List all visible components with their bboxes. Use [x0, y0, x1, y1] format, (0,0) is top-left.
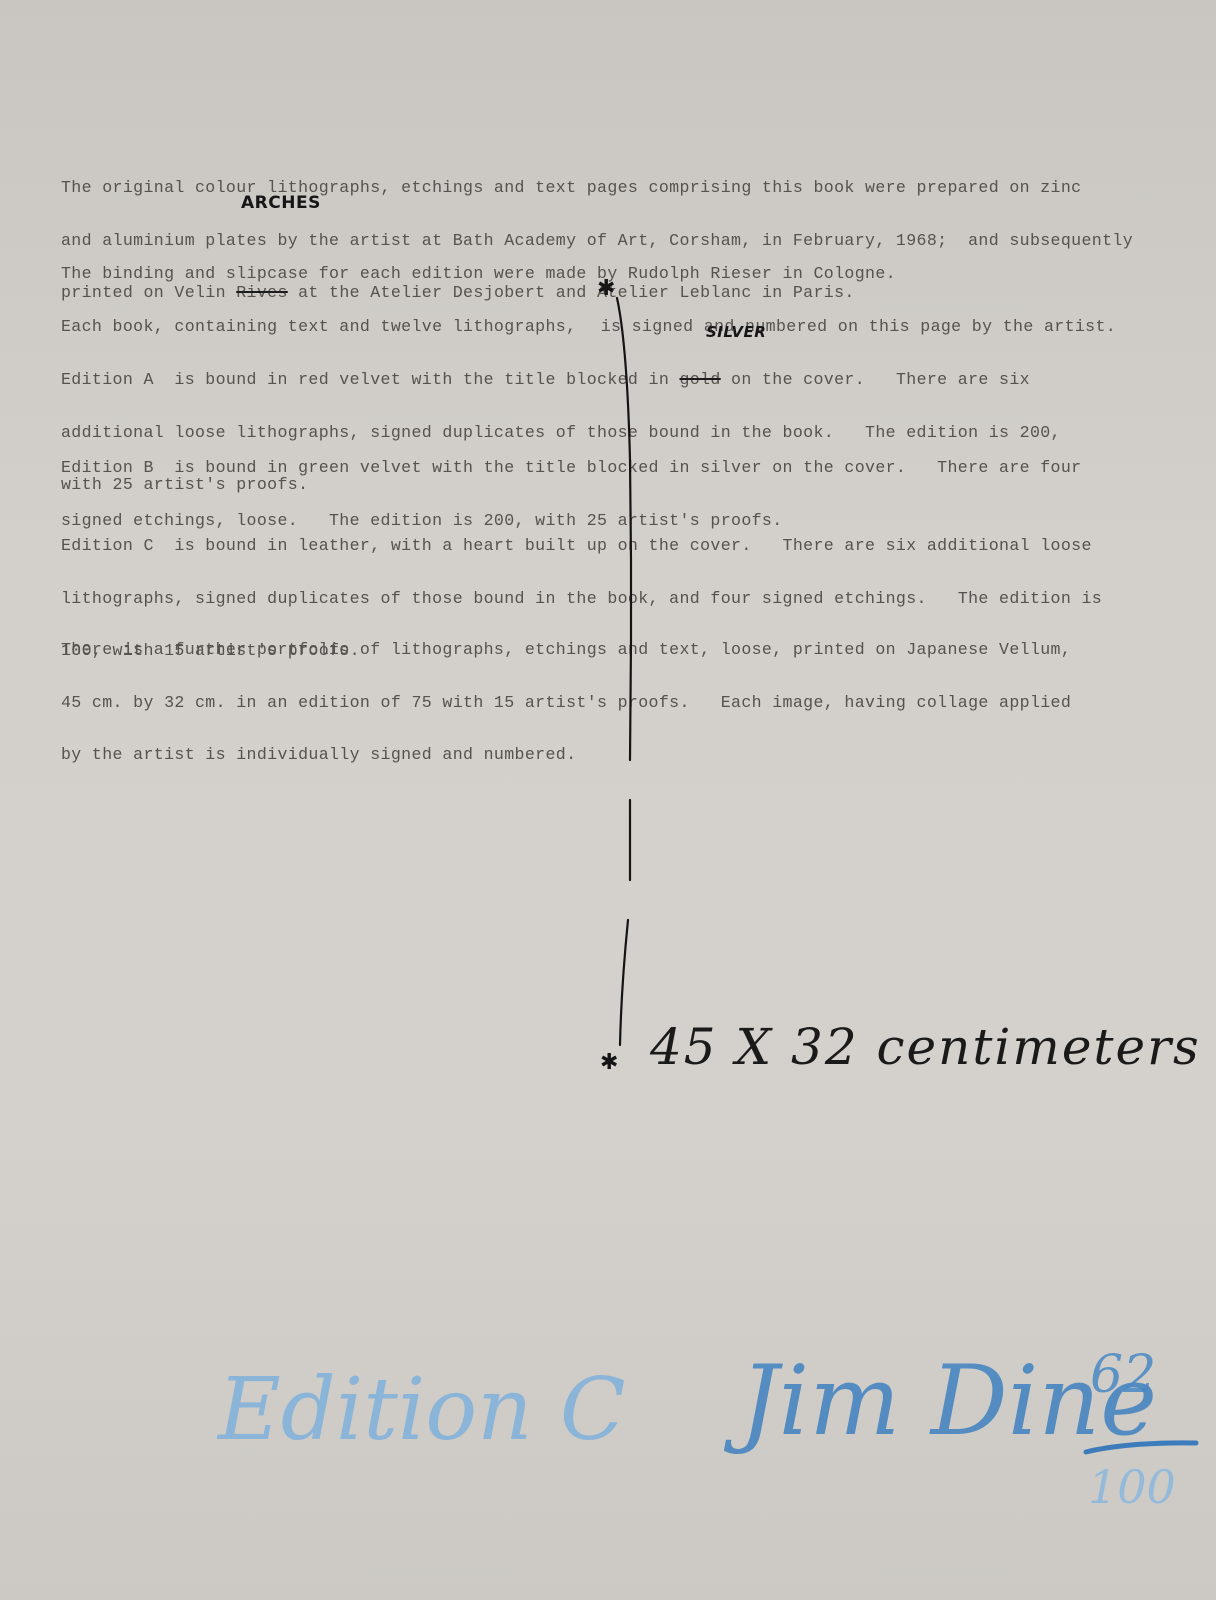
edition-number-numerator: 62 — [1090, 1345, 1156, 1405]
text-line: The binding and slipcase for each editio… — [61, 265, 896, 283]
text-segment: on the cover. There are six — [721, 370, 1030, 389]
text-line: lithographs, signed duplicates of those … — [61, 590, 1102, 608]
paragraph-portfolio: There is a further portfolio of lithogra… — [61, 606, 1071, 799]
text-line: Edition B is bound in green velvet with … — [61, 459, 1081, 477]
edition-label-crayon: Edition C — [218, 1360, 626, 1460]
text-segment: is signed and numbered on this page by t… — [590, 317, 1116, 336]
asterisk-icon-top: ✱ — [597, 276, 616, 301]
text-line: The original colour lithographs, etching… — [61, 179, 1133, 197]
text-line: There is a further portfolio of lithogra… — [61, 641, 1071, 659]
text-segment: Each book, containing text and twelve li… — [61, 317, 576, 336]
asterisk-icon-bottom: ✱ — [600, 1050, 619, 1075]
text-segment: Edition A is bound in red velvet with th… — [61, 370, 679, 389]
struck-word: gold — [679, 370, 720, 389]
handwritten-correction-silver: SILVER — [706, 323, 766, 341]
handwritten-dimension-note: 45 X 32 centimeters — [650, 1018, 1201, 1076]
text-line: Edition C is bound in leather, with a he… — [61, 537, 1102, 555]
edition-number-denominator: 100 — [1088, 1460, 1176, 1514]
text-line: Edition A is bound in red velvet with th… — [61, 371, 1061, 389]
handwritten-correction-arches: ARCHES — [241, 193, 321, 213]
text-line: Each book, containing text and twelve li… — [61, 318, 1116, 336]
colophon-page: The original colour lithographs, etching… — [0, 0, 1216, 1600]
text-line: 45 cm. by 32 cm. in an edition of 75 wit… — [61, 694, 1071, 712]
text-line: by the artist is individually signed and… — [61, 746, 1071, 764]
